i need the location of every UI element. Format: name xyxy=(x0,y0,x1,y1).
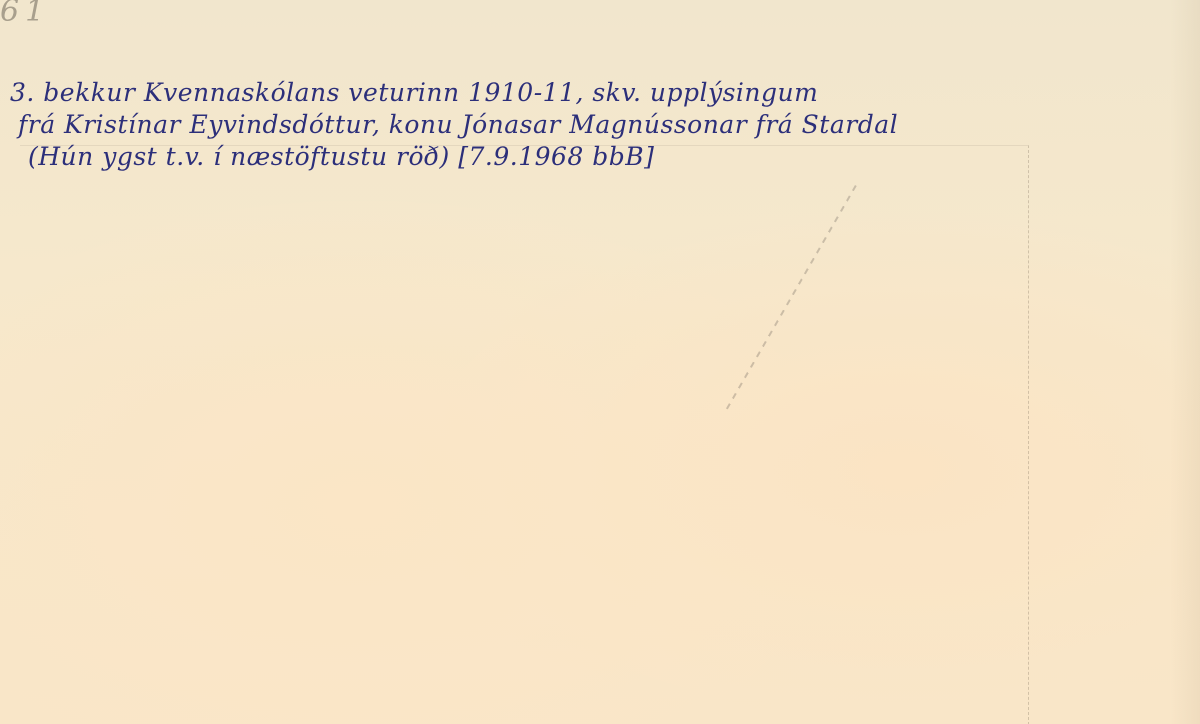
card-edge-shadow xyxy=(1170,0,1200,724)
pencil-reference-number: 61 xyxy=(0,0,50,29)
handwritten-line-2: frá Kristínar Eyvindsdóttur, konu Jónasa… xyxy=(18,110,898,139)
archive-card: 61 3. bekkur Kvennaskólans veturinn 1910… xyxy=(0,0,1200,724)
handwritten-line-1: 3. bekkur Kvennaskólans veturinn 1910-11… xyxy=(10,78,818,107)
photo-mount-outline xyxy=(20,145,1029,724)
handwritten-line-3: (Hún ygst t.v. í næstöftustu röð) [7.9.1… xyxy=(28,142,654,171)
